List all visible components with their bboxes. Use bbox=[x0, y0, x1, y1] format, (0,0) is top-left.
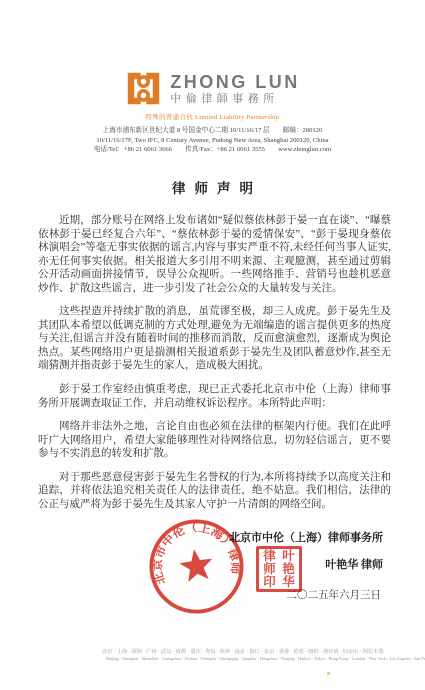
paragraph-1: 近期，部分账号在网络上发布诸如“疑似蔡依林彭于晏一直在谈”、“曝蔡依林彭于晏已经… bbox=[38, 214, 391, 295]
signature-firm-name: 北京市中伦（上海）律师事务所 bbox=[229, 529, 383, 545]
seal-star-icon bbox=[178, 547, 215, 583]
address-block: 上海市浦东新区世纪大道 8 号国金中心二期 10/11/16/17 层 邮编：2… bbox=[0, 126, 425, 155]
footer-cities-cn: 北京 · 上海 · 深圳 · 广州 · 武汉 · 成都 · 重庆 · 青岛 · … bbox=[102, 647, 323, 651]
scan-artifact-dot bbox=[327, 672, 330, 675]
zhonglun-logo-icon bbox=[125, 70, 162, 107]
firm-tagline: 特殊的普通合伙 Limited Liability Partnership bbox=[0, 112, 425, 121]
square-seal-left-column: 律师印 bbox=[263, 550, 276, 589]
logo-wordmark: ZHONG LUN bbox=[170, 73, 300, 91]
logo: ZHONG LUN 中倫律師事務所 bbox=[0, 70, 425, 107]
footer-cities-en: Beijing · Shanghai · Shenzhen · Guangzho… bbox=[106, 656, 319, 660]
logo-text: ZHONG LUN 中倫律師事務所 bbox=[170, 73, 300, 105]
footer-offices: 北京 · 上海 · 深圳 · 广州 · 武汉 · 成都 · 重庆 · 青岛 · … bbox=[0, 647, 425, 664]
paragraph-4: 网络并非法外之地，言论自由也必须在法律的框架内行使。我们在此呼吁广大网络用户，希… bbox=[38, 420, 391, 461]
firm-round-seal-icon: 北京市中伦（上海）律师事务所 bbox=[142, 512, 252, 622]
lawyer-square-seal-icon: 律师印 叶艳华 bbox=[256, 546, 302, 592]
letterhead: ZHONG LUN 中倫律師事務所 特殊的普通合伙 Limited Liabil… bbox=[0, 70, 425, 155]
square-seal-right-column: 叶艳华 bbox=[282, 550, 295, 589]
paragraph-3: 彭于晏工作室经由慎重考虑，现已正式委托北京市中伦（上海）律师事务所开展调查取证工… bbox=[38, 383, 391, 410]
document-title: 律师声明 bbox=[0, 177, 425, 197]
address-line-en: 10/11/16/17F, Two IFC, 8 Century Avenue,… bbox=[0, 136, 425, 146]
legal-statement-page: ZHONG LUN 中倫律師事務所 特殊的普通合伙 Limited Liabil… bbox=[0, 0, 425, 690]
statement-body: 近期，部分账号在网络上发布诸如“疑似蔡依林彭于晏一直在谈”、“曝蔡依林彭于晏已经… bbox=[38, 214, 391, 511]
signature-block: 北京市中伦（上海）律师事务所 叶艳华 律师 二〇二五年六月三日 北京市中伦（上海… bbox=[38, 528, 390, 648]
signature-lawyer-name: 叶艳华 律师 bbox=[325, 556, 383, 572]
paragraph-2: 这些捏造并持续扩散的消息，虽荒谬至极，却三人成虎。彭于晏先生及其团队本希望以低调… bbox=[38, 305, 391, 373]
paragraph-5: 对于那些恶意侵害彭于晏先生名誉权的行为,本所将持续予以高度关注和追踪，并将依法追… bbox=[38, 471, 391, 512]
contact-line: 电话/Tel：+86 21 6061 3666 传真/Fax：+86 21 60… bbox=[0, 145, 425, 155]
address-line-cn: 上海市浦东新区世纪大道 8 号国金中心二期 10/11/16/17 层 邮编：2… bbox=[0, 126, 425, 136]
logo-chinese-name: 中倫律師事務所 bbox=[170, 94, 300, 105]
